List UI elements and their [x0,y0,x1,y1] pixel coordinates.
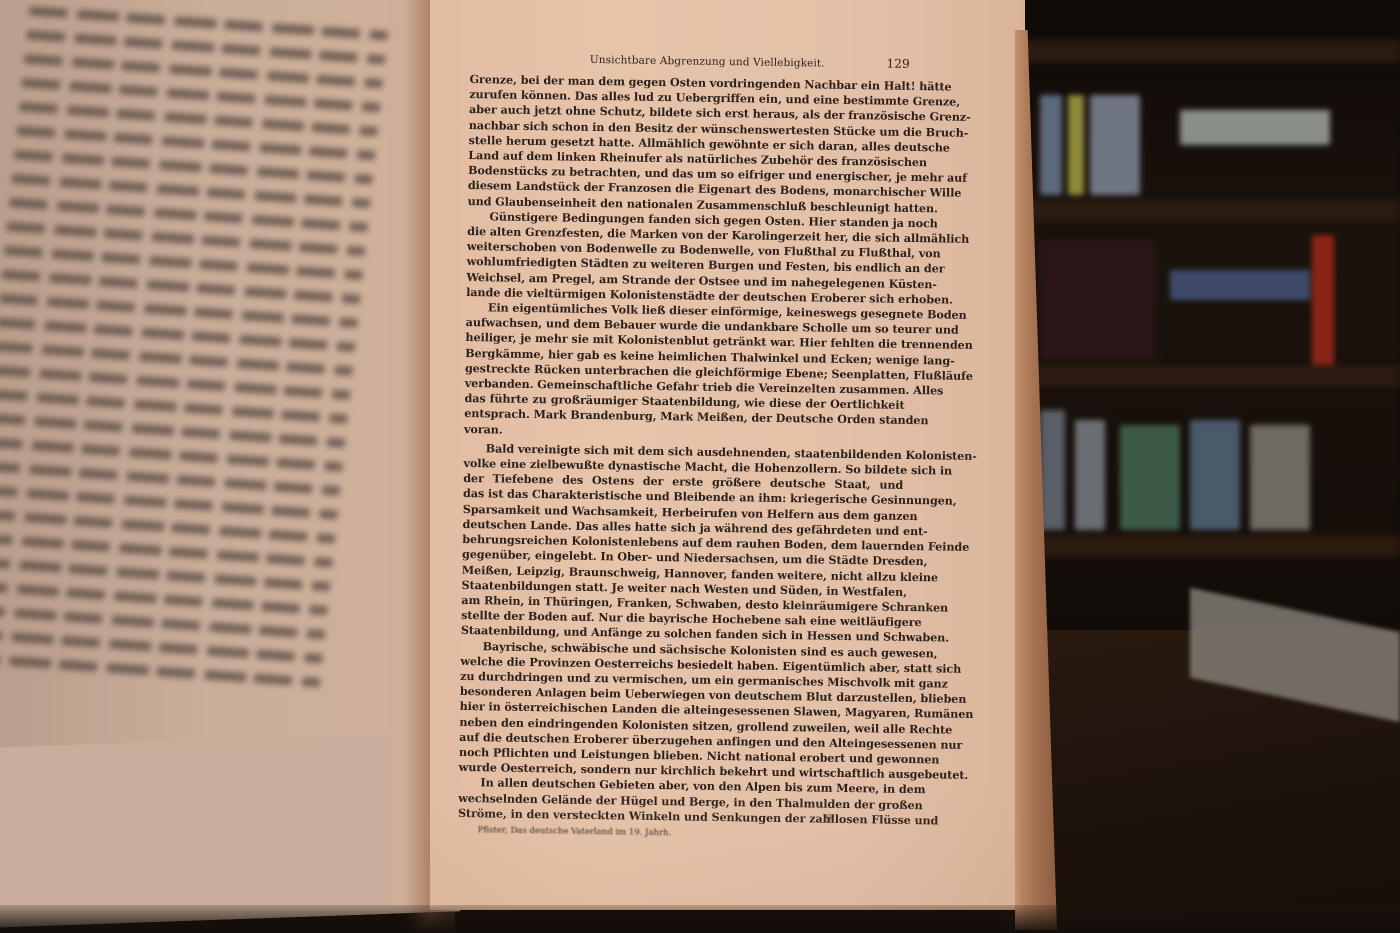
book-spine [1040,95,1062,195]
left-page [0,0,460,929]
book-spine [1068,95,1084,195]
book-spine [1312,235,1334,365]
book-photo: Unsichtbare Abgrenzung und Viellebigkeit… [0,0,1400,933]
book-spine [1190,420,1240,530]
book-spine [1180,110,1330,145]
book-spine [1040,410,1065,530]
shelf-board [1000,40,1400,62]
body-text: Grenze, bei der man dem gegen Osten vord… [458,72,910,828]
book-spine [1120,425,1180,530]
bottom-shadow [0,905,1400,933]
page-content: Unsichtbare Abgrenzung und Viellebigkeit… [458,50,910,842]
book-spine [1090,95,1140,195]
shelf-board [1000,535,1400,557]
background-bookshelf [1000,0,1400,640]
book-spine [1075,420,1105,530]
shelf-board [1000,365,1400,387]
signature-mark: 9 [825,812,832,825]
left-page-blank-area [0,734,390,929]
running-header-title: Unsichtbare Abgrenzung und Viellebigkeit… [590,54,825,70]
book-spine [1040,240,1155,360]
left-page-blurred-text [0,6,388,750]
shelf-board [1000,200,1400,222]
book-spine [1250,425,1310,530]
book-spine [1170,270,1310,300]
page-number: 129 [887,57,910,71]
